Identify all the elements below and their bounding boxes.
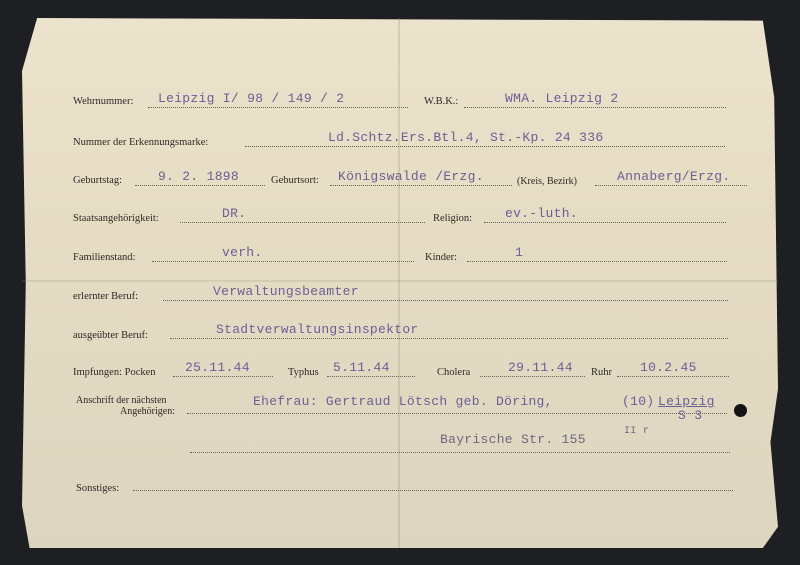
anschrift-district: S 3 [678,408,702,423]
kinder-label: Kinder: [425,252,457,263]
familienstand-line [152,261,414,262]
punch-hole [734,404,747,417]
religion-line [484,222,726,223]
wehrnummer-label: Wehrnummer: [73,96,133,107]
cholera-label: Cholera [437,367,470,378]
ruhr-value: 10.2.45 [640,360,697,375]
anschrift-label-line1: Anschrift der nächsten [76,395,167,406]
document-paper [22,18,778,548]
kinder-line [467,261,727,262]
fold-line-vertical [398,18,400,548]
familienstand-value: verh. [222,245,263,260]
anschrift-floor: II r [624,426,649,437]
pocken-line [173,376,273,377]
staatsangehoerigkeit-label: Staatsangehörigkeit: [73,213,159,224]
erkennungsmarke-line [245,146,725,147]
geburtsort-label: Geburtsort: [271,175,319,186]
typhus-label: Typhus [288,367,319,378]
typhus-value: 5.11.44 [333,360,390,375]
ausgeuebter-beruf-label: ausgeübter Beruf: [73,330,148,341]
religion-label: Religion: [433,213,472,224]
anschrift-label-line2: Angehörigen: [120,406,175,417]
ausgeuebter-beruf-line [170,338,728,339]
kreis-value: Annaberg/Erzg. [617,169,730,184]
kinder-value: 1 [515,245,523,260]
kreis-label: (Kreis, Bezirk) [517,176,577,187]
erlernter-beruf-line [163,300,728,301]
wbk-value: WMA. Leipzig 2 [505,91,618,106]
sonstiges-label: Sonstiges: [76,483,119,494]
ausgeuebter-beruf-value: Stadtverwaltungsinspektor [216,322,419,337]
geburtsort-value: Königswalde /Erzg. [338,169,484,184]
cholera-value: 29.11.44 [508,360,573,375]
erlernter-beruf-label: erlernter Beruf: [73,291,138,302]
erkennungsmarke-label: Nummer der Erkennungsmarke: [73,137,208,148]
cholera-line [480,376,585,377]
kreis-line [595,185,747,186]
anschrift-value-line1: Ehefrau: Gertraud Lötsch geb. Döring, [253,394,553,409]
anschrift-line-2 [190,452,730,453]
ruhr-line [617,376,729,377]
geburtstag-line [135,185,265,186]
impfungen-label: Impfungen: Pocken [73,367,156,378]
geburtstag-value: 9. 2. 1898 [158,169,239,184]
staatsangehoerigkeit-value: DR. [222,206,246,221]
pocken-value: 25.11.44 [185,360,250,375]
geburtsort-line [330,185,512,186]
wehrnummer-value: Leipzig I/ 98 / 149 / 2 [158,91,344,106]
fold-line-horizontal [22,280,778,282]
typhus-line [327,376,415,377]
sonstiges-line [133,490,733,491]
religion-value: ev.-luth. [505,206,578,221]
familienstand-label: Familienstand: [73,252,135,263]
wbk-line [464,107,726,108]
anschrift-city: Leipzig [658,394,715,409]
erlernter-beruf-value: Verwaltungsbeamter [213,284,359,299]
wbk-label: W.B.K.: [424,96,458,107]
ruhr-label: Ruhr [591,367,612,378]
anschrift-value-line2: Bayrische Str. 155 [440,432,586,447]
anschrift-city-prefix: (10) [622,394,654,409]
staatsangehoerigkeit-line [180,222,425,223]
geburtstag-label: Geburtstag: [73,175,122,186]
erkennungsmarke-value: Ld.Schtz.Ers.Btl.4, St.-Kp. 24 336 [328,130,603,145]
anschrift-line-1 [187,413,727,414]
wehrnummer-line [148,107,408,108]
